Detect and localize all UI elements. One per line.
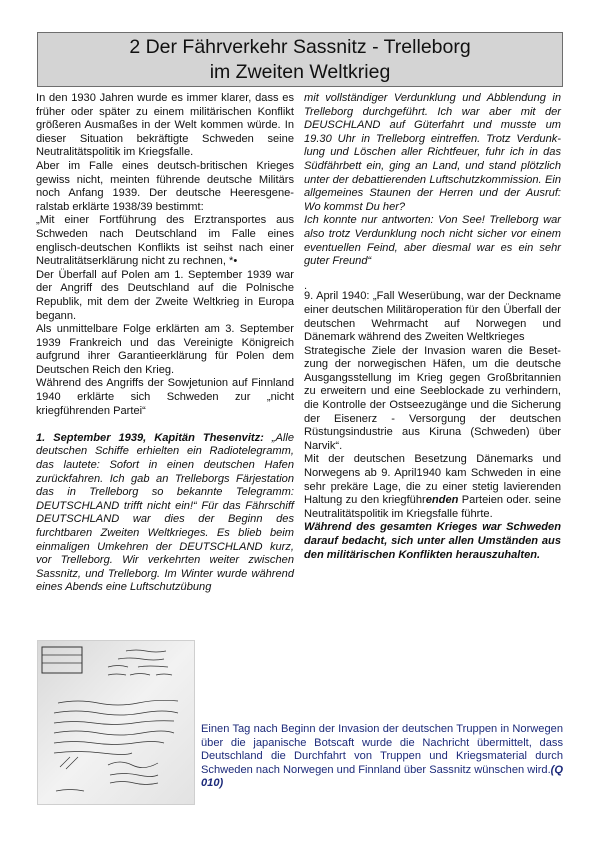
paragraph-quote-end: Ich konnte nur antworten: Von See! Trell…	[304, 214, 561, 268]
paragraph-weseruebung: 9. April 1940: „Fall Weserübung, war der…	[304, 290, 561, 344]
paragraph-intro: In den 1930 Jahren wurde es immer klarer…	[36, 92, 294, 160]
right-column: mit vollständiger Verdunklung und Abblen…	[304, 92, 561, 562]
spacer	[304, 269, 561, 283]
paragraph-quote-continued: mit vollständiger Verdunklung und Abblen…	[304, 92, 561, 214]
paragraph-sweden-situation: Mit der deutschen Besetzung Dänemarks un…	[304, 453, 561, 521]
chapter-title-line2: im Zweiten Weltkrieg	[38, 60, 562, 85]
paragraph-captain-quote: 1. September 1939, Kapitän Thesenvitz: „…	[36, 432, 294, 595]
paragraph-poland-invasion: Der Überfall auf Polen am 1. September 1…	[36, 269, 294, 323]
quote-text: „Alle deutschen Schiffe erhielten ein Ra…	[36, 432, 294, 594]
figure-caption: Einen Tag nach Beginn der Invasion der d…	[201, 723, 563, 791]
left-column: In den 1930 Jahren wurde es immer klarer…	[36, 92, 294, 595]
telegram-photo	[37, 640, 195, 805]
spacer	[36, 418, 294, 432]
chapter-title-box: 2 Der Fährverkehr Sassnitz - Trelleborg …	[37, 32, 563, 87]
paragraph-quote-generalstab: „Mit einer Fortführung des Erztransporte…	[36, 214, 294, 268]
quote-lead: 1. September 1939, Kapitän Thesenvitz:	[36, 432, 264, 444]
paragraph-military-opinion: Aber im Falle eines deutsch-britischen K…	[36, 160, 294, 214]
paragraph-strategic-goals: Strategische Ziele der Invasion waren di…	[304, 345, 561, 454]
paragraph-winter-war: Während des Angriffs der Sowjetunion auf…	[36, 377, 294, 418]
chapter-title-line1: 2 Der Fährverkehr Sassnitz - Trelleborg	[38, 35, 562, 60]
paragraph-war-declaration: Als unmittelbare Folge erklärten am 3. S…	[36, 323, 294, 377]
paragraph-conclusion: Während des gesamten Krieges war Schwe­d…	[304, 521, 561, 562]
telegram-document-image	[38, 641, 195, 805]
caption-text: Einen Tag nach Beginn der Invasion der d…	[201, 723, 563, 776]
stray-dot: .	[304, 282, 561, 290]
